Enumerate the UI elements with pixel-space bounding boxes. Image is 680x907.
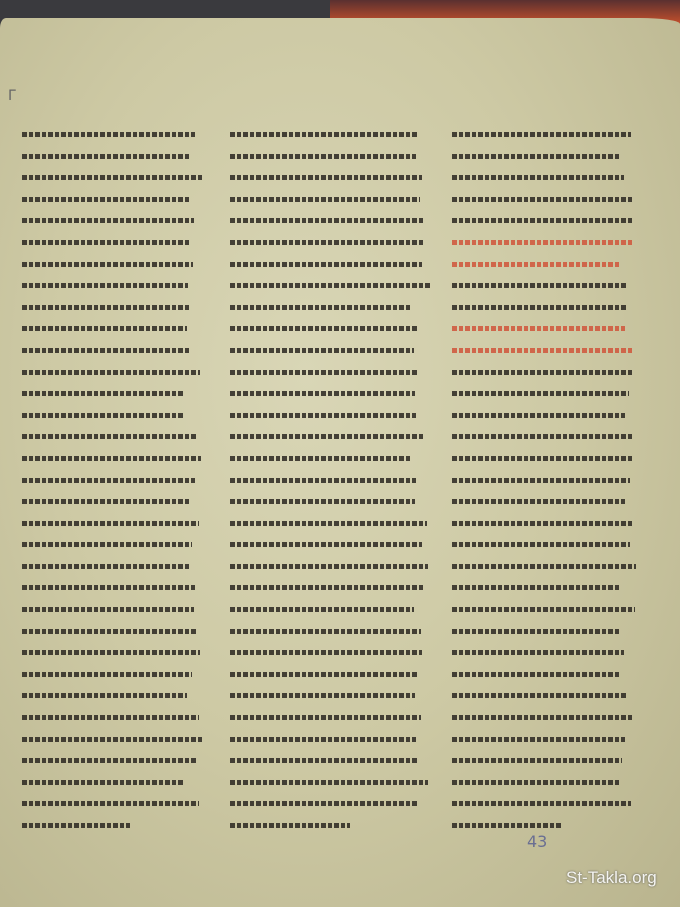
text-line — [452, 737, 637, 749]
text-line — [22, 456, 202, 468]
text-line — [230, 218, 430, 230]
text-line — [452, 564, 637, 576]
text-line — [452, 175, 637, 187]
text-line — [230, 240, 430, 252]
page-number: 43 — [527, 832, 547, 851]
text-line — [22, 607, 202, 619]
text-line — [22, 521, 202, 533]
text-line — [230, 801, 430, 813]
text-line — [230, 283, 430, 295]
text-line — [230, 780, 430, 792]
text-line — [22, 283, 202, 295]
text-line — [230, 326, 430, 338]
text-line — [230, 715, 430, 727]
text-line — [22, 175, 202, 187]
text-line — [230, 413, 430, 425]
corner-mark: ᒥ — [8, 88, 16, 104]
text-line — [22, 672, 202, 684]
text-line — [452, 780, 637, 792]
text-line — [22, 585, 202, 597]
text-line — [452, 262, 637, 274]
text-line — [230, 197, 430, 209]
text-line — [22, 132, 202, 144]
text-line — [230, 650, 430, 662]
text-line — [452, 715, 637, 727]
text-line — [230, 564, 430, 576]
text-line — [452, 240, 637, 252]
text-line — [230, 542, 430, 554]
text-line — [230, 758, 430, 770]
text-line — [22, 801, 202, 813]
text-line — [230, 175, 430, 187]
text-line — [230, 672, 430, 684]
text-line — [22, 780, 202, 792]
text-line — [230, 370, 430, 382]
text-line — [452, 326, 637, 338]
text-line — [22, 197, 202, 209]
text-line — [452, 693, 637, 705]
text-line — [22, 154, 202, 166]
text-line — [230, 499, 430, 511]
text-line — [452, 197, 637, 209]
text-line — [22, 823, 202, 835]
watermark: St-Takla.org — [566, 868, 657, 888]
text-line — [230, 434, 430, 446]
text-line — [452, 434, 637, 446]
text-line — [452, 218, 637, 230]
text-line — [22, 240, 202, 252]
text-column-right — [452, 128, 637, 845]
text-line — [22, 737, 202, 749]
text-line — [22, 478, 202, 490]
text-line — [452, 758, 637, 770]
text-line — [22, 715, 202, 727]
text-line — [230, 154, 430, 166]
text-line — [452, 478, 637, 490]
text-line — [452, 132, 637, 144]
text-line — [22, 499, 202, 511]
text-line — [230, 629, 430, 641]
text-line — [230, 585, 430, 597]
text-line — [230, 737, 430, 749]
text-line — [452, 629, 637, 641]
text-line — [22, 564, 202, 576]
manuscript-page: ᒥ — [0, 18, 680, 907]
text-line — [22, 218, 202, 230]
text-line — [22, 542, 202, 554]
text-column-middle — [230, 128, 430, 845]
text-line — [22, 326, 202, 338]
text-line — [230, 262, 430, 274]
text-line — [452, 305, 637, 317]
text-line — [22, 413, 202, 425]
text-line — [452, 521, 637, 533]
text-line — [230, 607, 430, 619]
text-line — [22, 370, 202, 382]
text-line — [452, 499, 637, 511]
text-line — [22, 262, 202, 274]
text-line — [22, 391, 202, 403]
text-line — [230, 132, 430, 144]
text-line — [230, 478, 430, 490]
text-line — [22, 629, 202, 641]
text-line — [452, 542, 637, 554]
text-line — [452, 456, 637, 468]
text-line — [452, 607, 637, 619]
text-line — [452, 391, 637, 403]
text-line — [22, 305, 202, 317]
text-line — [22, 348, 202, 360]
text-line — [452, 801, 637, 813]
text-line — [452, 650, 637, 662]
text-line — [22, 693, 202, 705]
text-line — [452, 413, 637, 425]
text-line — [230, 348, 430, 360]
text-line — [230, 391, 430, 403]
text-line — [452, 348, 637, 360]
text-line — [452, 154, 637, 166]
text-line — [452, 672, 637, 684]
text-line — [230, 823, 430, 835]
text-column-left — [22, 128, 202, 845]
text-line — [230, 693, 430, 705]
text-line — [230, 456, 430, 468]
text-line — [452, 370, 637, 382]
text-line — [22, 758, 202, 770]
text-line — [22, 434, 202, 446]
text-line — [230, 305, 430, 317]
text-line — [22, 650, 202, 662]
text-line — [452, 283, 637, 295]
text-line — [452, 585, 637, 597]
text-line — [230, 521, 430, 533]
